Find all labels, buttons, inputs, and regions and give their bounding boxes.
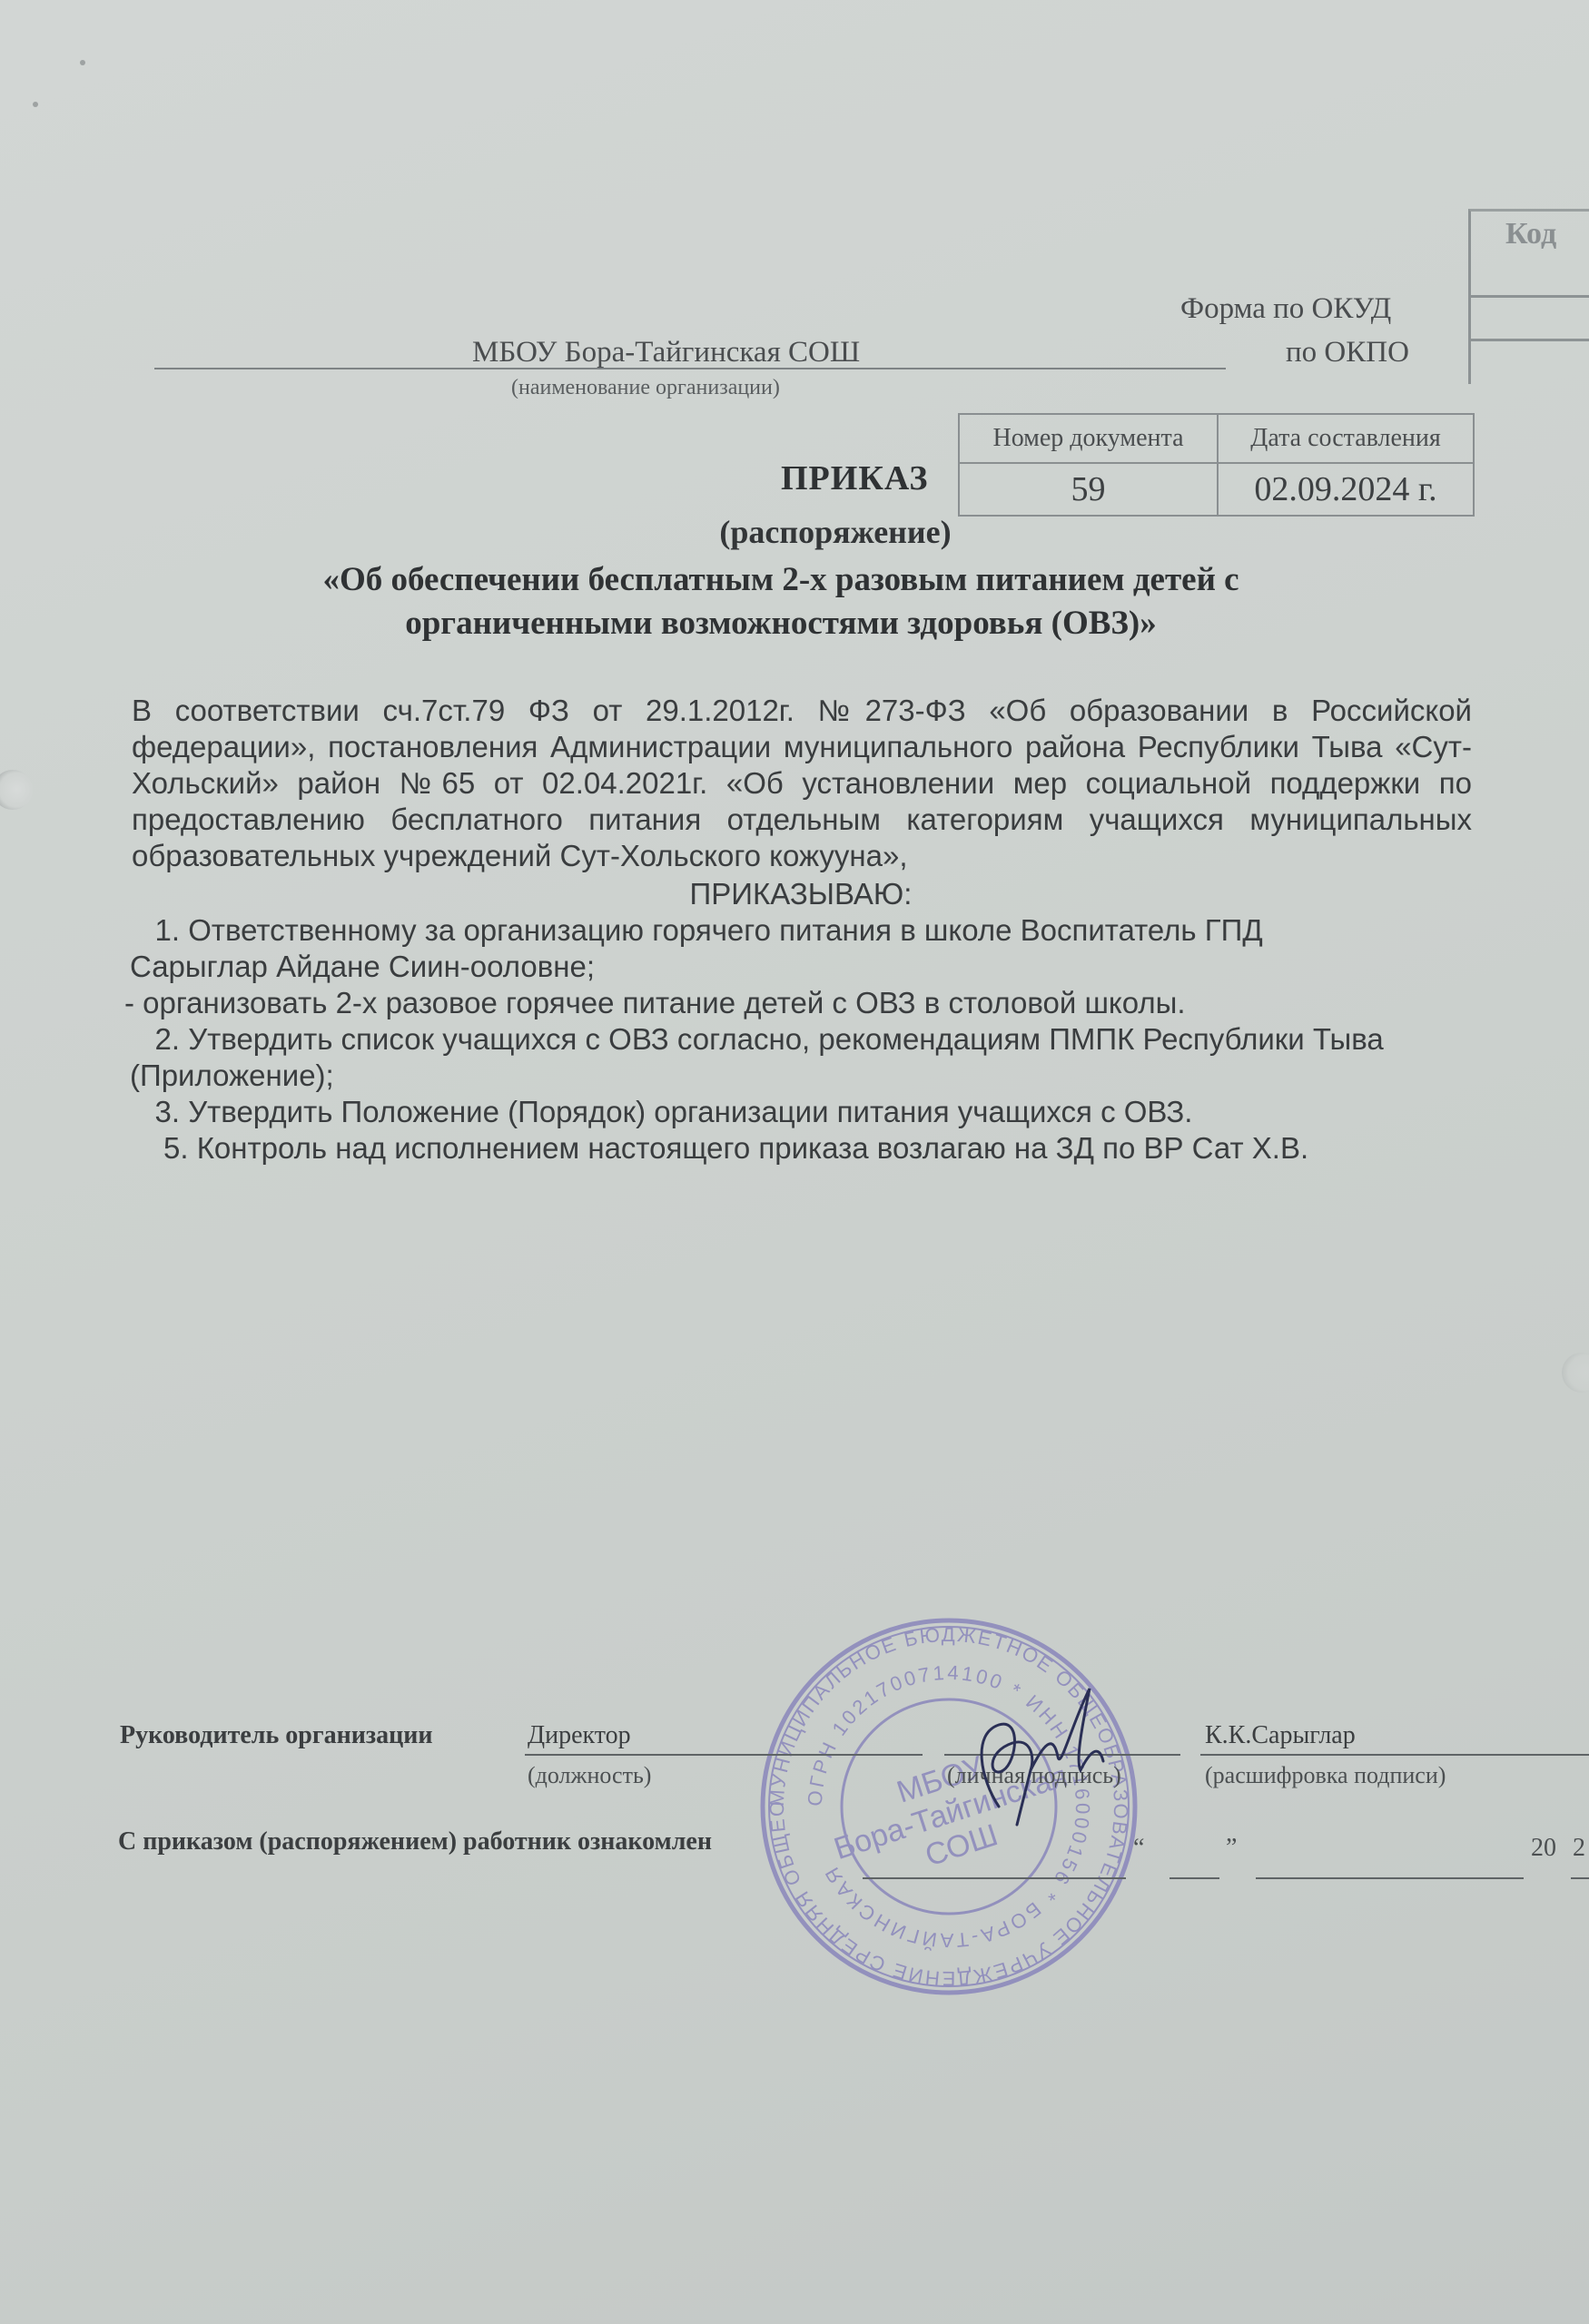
- acquaintance-label: С приказом (распоряжением) работник озна…: [118, 1827, 712, 1856]
- name-caption: (расшифровка подписи): [1205, 1762, 1446, 1789]
- signature-name: К.К.Сарыглар: [1205, 1721, 1356, 1750]
- order-item-3: 3. Утвердить Положение (Порядок) организ…: [130, 1094, 1472, 1130]
- acquaintance-signature-line: [863, 1877, 1126, 1879]
- subject-line-2: органиченными возможностями здоровья (ОВ…: [218, 602, 1344, 645]
- header-document-date: Дата составления: [1218, 414, 1474, 463]
- signature-head-label: Руководитель организации: [120, 1721, 433, 1750]
- day-line: [1170, 1877, 1219, 1879]
- document-subtype: (распоряжение): [0, 513, 1589, 551]
- document-body: В соответствии сч.7ст.79 ФЗ от 29.1.2012…: [130, 693, 1472, 1167]
- preamble: В соответствии сч.7ст.79 ФЗ от 29.1.2012…: [130, 693, 1472, 874]
- okpo-label: по ОКПО: [1286, 336, 1409, 369]
- paper-speck: [80, 60, 85, 65]
- header-document-number: Номер документа: [959, 414, 1218, 463]
- position-caption: (должность): [528, 1762, 651, 1789]
- subject-line-1: «Об обеспечении бесплатным 2-х разовым п…: [218, 558, 1344, 602]
- year-line: [1571, 1877, 1589, 1879]
- organization-underline: [154, 368, 1226, 369]
- organization-name: МБОУ Бора-Тайгинская СОШ: [472, 336, 860, 369]
- punch-hole-top: [0, 770, 33, 810]
- document-date: 02.09.2024 г.: [1218, 463, 1474, 516]
- table-value-row: 59 02.09.2024 г.: [959, 463, 1474, 516]
- signature-position: Директор: [528, 1721, 631, 1750]
- document-number: 59: [959, 463, 1218, 516]
- document-type: ПРИКАЗ: [781, 458, 928, 498]
- order-item-1: 1. Ответственному за организацию горячег…: [130, 912, 1472, 985]
- okud-code-box: Код: [1468, 209, 1589, 384]
- month-line: [1256, 1877, 1524, 1879]
- punch-hole-bottom: [1562, 1353, 1589, 1393]
- open-quote: “: [1133, 1834, 1144, 1863]
- position-line: [525, 1754, 923, 1756]
- organization-caption: (наименование организации): [511, 376, 780, 400]
- order-word: ПРИКАЗЫВАЮ:: [130, 876, 1472, 912]
- order-item-2: 2. Утвердить список учащихся с ОВЗ согла…: [130, 1021, 1472, 1094]
- order-item-1-sub: - организовать 2-х разовое горячее питан…: [124, 985, 1472, 1021]
- okpo-code-cell: [1471, 339, 1589, 341]
- document-info-table: Номер документа Дата составления 59 02.0…: [958, 413, 1475, 517]
- order-item-5: 5. Контроль над исполнением настоящего п…: [113, 1130, 1472, 1167]
- year-prefix: 20: [1531, 1834, 1556, 1863]
- name-line: [1200, 1754, 1589, 1756]
- paper-speck: [33, 102, 38, 107]
- handwritten-signature-icon: [944, 1670, 1144, 1834]
- okud-label: Форма по ОКУД: [1180, 292, 1391, 326]
- document-subject: «Об обеспечении бесплатным 2-х разовым п…: [218, 558, 1344, 645]
- table-header-row: Номер документа Дата составления: [959, 414, 1474, 463]
- code-label: Код: [1505, 217, 1556, 251]
- year-suffix: 2: [1573, 1834, 1585, 1863]
- close-quote: ”: [1226, 1834, 1237, 1863]
- okud-code-cell: [1471, 295, 1589, 298]
